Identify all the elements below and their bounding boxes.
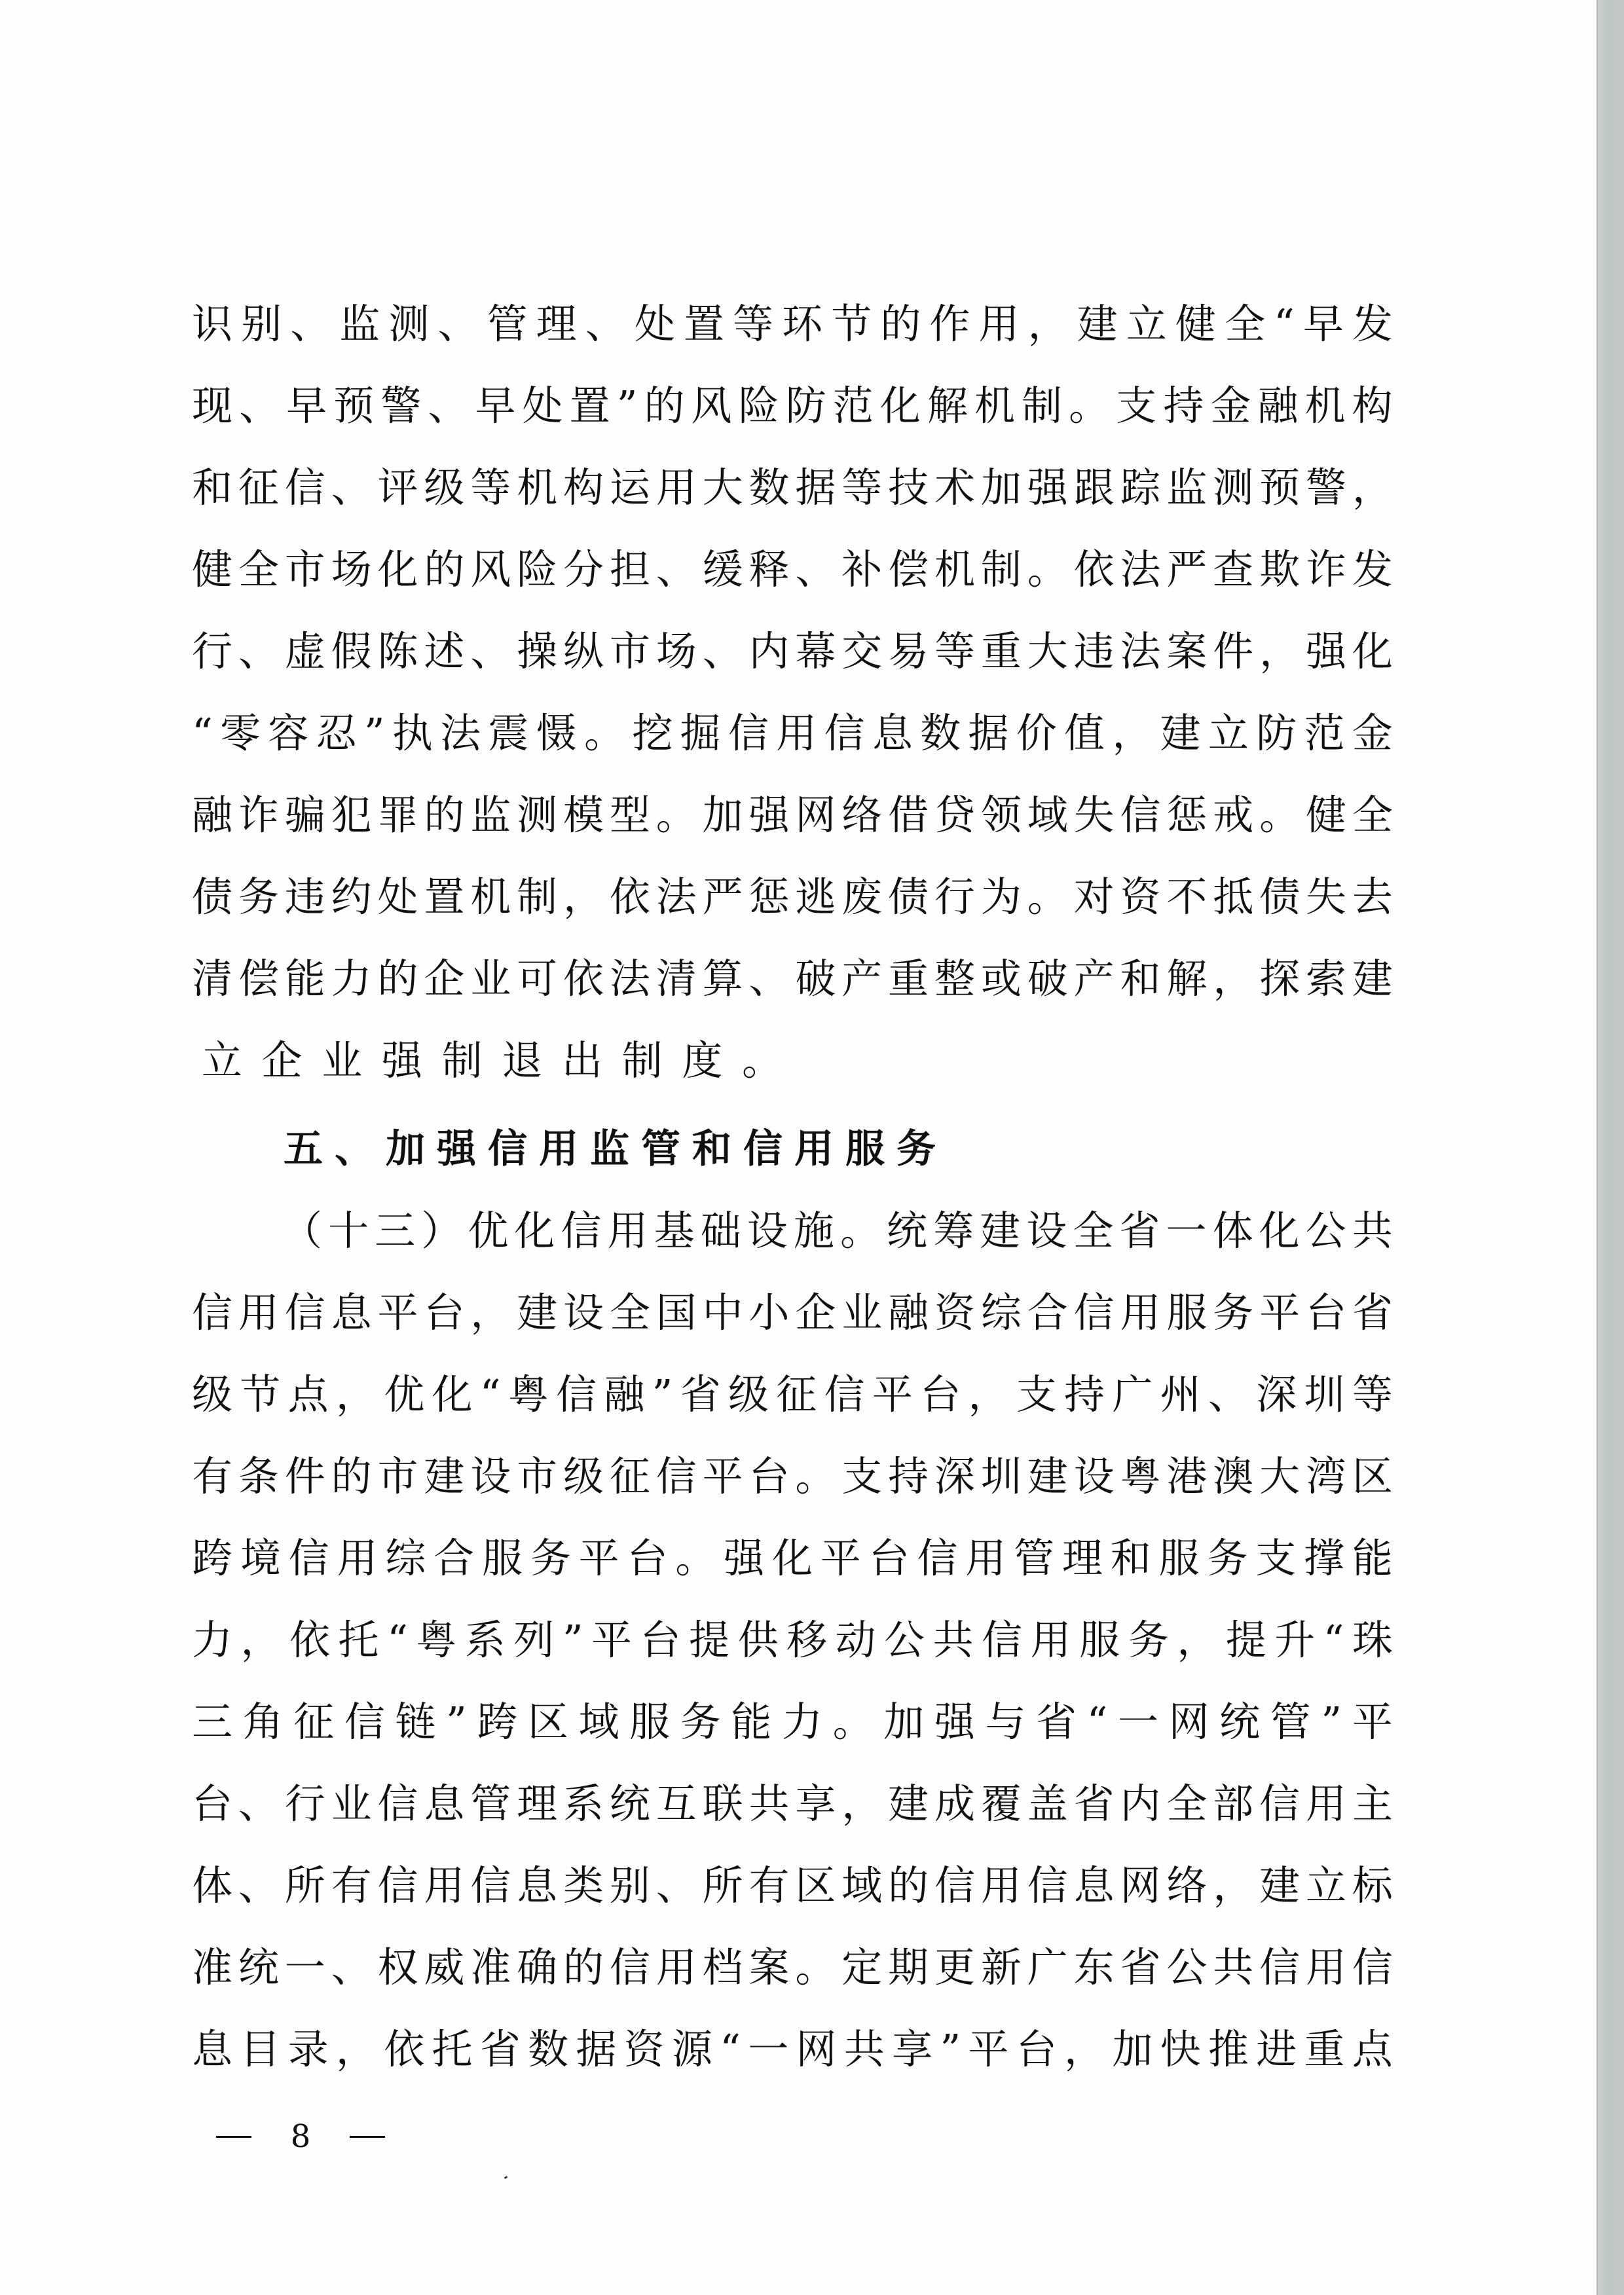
text-line: （十三）优化信用基础设施。统筹建设全省一体化公共	[282, 1205, 1393, 1257]
page-number-left-dash	[216, 2136, 251, 2138]
text-line: 信用信息平台，建设全国中小企业融资综合信用服务平台省	[192, 1287, 1393, 1339]
text-line: 现、早预警、早处置”的风险防范化解机制。支持金融机构	[192, 380, 1393, 432]
text-line: 健全市场化的风险分担、缓释、补偿机制。依法严查欺诈发	[192, 543, 1393, 596]
text-line: 息目录，依托省数据资源“一网共享”平台，加快推进重点	[192, 2023, 1393, 2076]
text-line: 力，依托“粤系列”平台提供移动公共信用服务，提升“珠	[192, 1614, 1393, 1666]
page-number-value: 8	[251, 2118, 350, 2155]
text-line: 体、所有信用信息类别、所有区域的信用信息网络，建立标	[192, 1860, 1393, 1912]
text-line: 清偿能力的企业可依法清算、破产重整或破产和解，探索建	[192, 953, 1393, 1005]
document-page: 识别、监测、管理、处置等环节的作用，建立健全“早发现、早预警、早处置”的风险防范…	[0, 0, 1624, 2295]
text-line: 立企业强制退出制度。	[192, 1035, 1393, 1087]
text-line: 债务违约处置机制，依法严惩逃废债行为。对资不抵债失去	[192, 871, 1393, 923]
page-number-right-dash	[350, 2136, 385, 2138]
text-line: 识别、监测、管理、处置等环节的作用，建立健全“早发	[192, 298, 1393, 350]
text-line: 台、行业信息管理系统互联共享，建成覆盖省内全部信用主	[192, 1778, 1393, 1830]
text-line: 跨境信用综合服务平台。强化平台信用管理和服务支撑能	[192, 1532, 1393, 1585]
text-line: 和征信、评级等机构运用大数据等技术加强跟踪监测预警，	[192, 462, 1393, 514]
text-line: 级节点，优化“粤信融”省级征信平台，支持广州、深圳等	[192, 1368, 1393, 1421]
page-number: 8	[216, 2117, 385, 2156]
text-line: 准统一、权威准确的信用档案。定期更新广东省公共信用信	[192, 1941, 1393, 1994]
text-line: 行、虚假陈述、操纵市场、内幕交易等重大违法案件，强化	[192, 625, 1393, 678]
text-line: “零容忍”执法震慑。挖掘信用信息数据价值，建立防范金	[192, 707, 1393, 760]
text-line: 三角征信链”跨区域服务能力。加强与省“一网统管”平	[192, 1696, 1393, 1748]
section-heading: 五、加强信用监管和信用服务	[282, 1123, 1133, 1175]
scan-speck	[504, 2176, 508, 2179]
text-line: 融诈骗犯罪的监测模型。加强网络借贷领域失信惩戒。健全	[192, 789, 1393, 841]
text-line: 有条件的市建设市级征信平台。支持深圳建设粤港澳大湾区	[192, 1450, 1393, 1503]
scan-edge-shadow	[1596, 0, 1624, 2295]
